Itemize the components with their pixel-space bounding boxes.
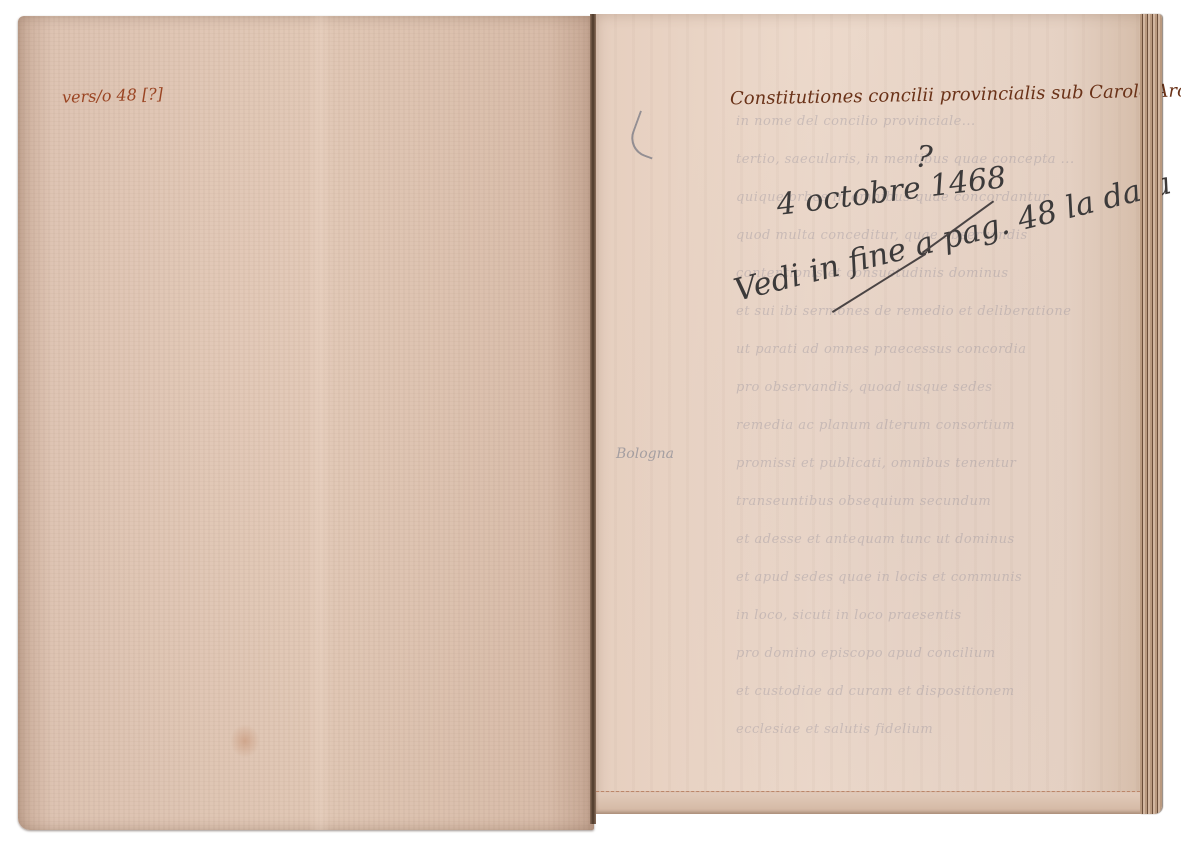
- bleed-line: ut parati ad omnes praecessus concordia: [736, 342, 1136, 364]
- left-page-annotation: vers/o 48 [?]: [62, 84, 164, 107]
- bleed-line: in nome del concilio provinciale...: [736, 114, 1136, 136]
- bleed-line: et sui ibi sermones de remedio et delibe…: [736, 304, 1136, 326]
- margin-note: Bologna: [616, 446, 674, 462]
- page-block-edges: [1140, 14, 1162, 814]
- bleed-line: et adesse et antequam tunc ut dominus: [736, 532, 1136, 554]
- manuscript-spread: vers/o 48 [?] in nome del concilio provi…: [0, 0, 1181, 844]
- right-page: in nome del concilio provinciale... tert…: [596, 14, 1150, 814]
- bleed-line: remedia ac planum alterum consortium: [736, 418, 1136, 440]
- bleed-line: et apud sedes quae in locis et communis: [736, 570, 1136, 592]
- bleed-line: pro domino episcopo apud concilium: [736, 646, 1136, 668]
- bleed-line: pro observandis, quoad usque sedes: [736, 380, 1136, 402]
- bleed-line: et custodiae ad curam et dispositionem: [736, 684, 1136, 706]
- bleed-line: transeuntibus obsequium secundum: [736, 494, 1136, 516]
- left-page: vers/o 48 [?]: [18, 16, 594, 830]
- folded-bottom-edge: [596, 791, 1150, 814]
- bleed-line: ecclesiae et salutis fidelium: [736, 722, 1136, 744]
- fold-crease: [308, 16, 332, 830]
- bleed-line: promissi et publicati, omnibus tenentur: [736, 456, 1136, 478]
- manuscript-heading: Constitutiones concilii provincialis sub…: [730, 80, 1181, 110]
- pencil-curve-mark: [626, 110, 667, 159]
- bleed-line: in loco, sicuti in loco praesentis: [736, 608, 1136, 630]
- paper-stain: [230, 724, 260, 758]
